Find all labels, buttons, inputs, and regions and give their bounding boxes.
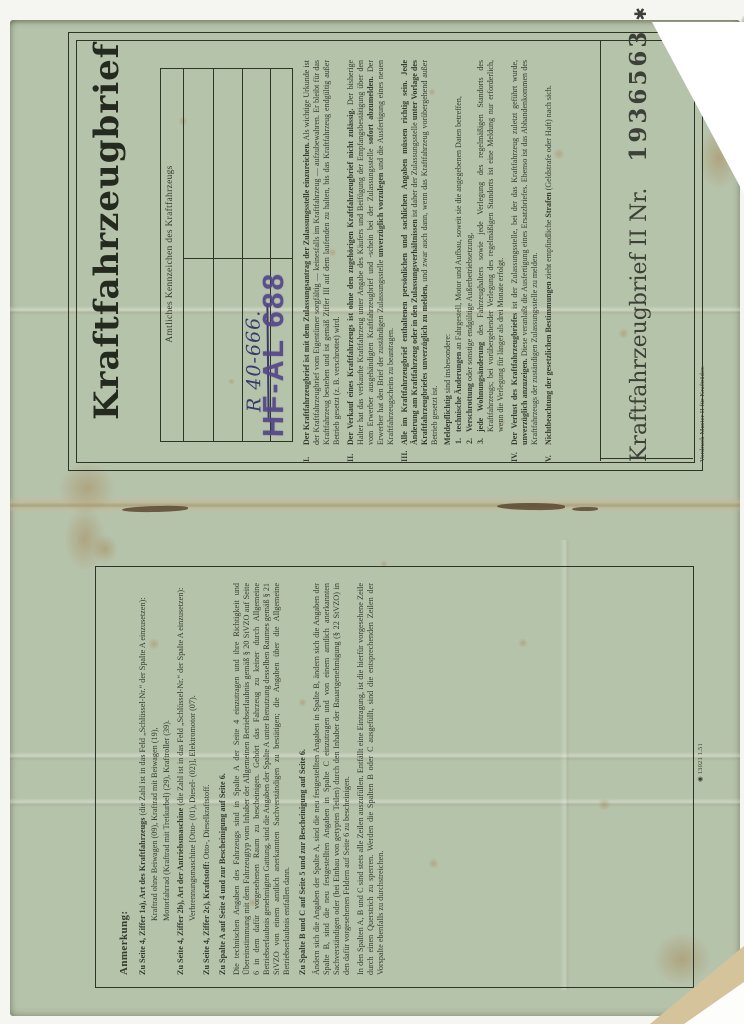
paragraph: Zu Spalte A auf Seite 4 und zur Beschein… xyxy=(218,583,228,975)
serial-number-line: Kraftfahrzeugbrief II Nr.1936563✱ xyxy=(624,92,656,462)
imprint-text: 13021 1.51 xyxy=(697,743,704,774)
paragraph: Zu Seite 4, Ziffer 1a), Art des Kraftfah… xyxy=(138,583,148,975)
paragraph: Motorfahrrad (Kraftrad mit Tretkurbel) (… xyxy=(162,583,172,975)
plate-table-label: Amtliches Kennzeichen des Kraftfahrzeugs xyxy=(164,70,176,438)
paragraph-number: 2. xyxy=(465,438,475,444)
paragraph: Zu Seite 4, Ziffer 2b), Art der Antriebs… xyxy=(176,583,186,975)
paragraph: IV.Der Verlust des Kraftfahrzeugbriefes … xyxy=(510,60,540,462)
stain xyxy=(92,534,118,564)
paragraph-number: 3. xyxy=(476,438,486,444)
fold-crease xyxy=(10,496,740,514)
paragraph: Verbrennungsmaschine [Otto- (01), Diesel… xyxy=(188,583,198,975)
document-title: Kraftfahrzeugbrief xyxy=(86,105,128,420)
paragraph: Zu Seite 4, Ziffer 2c), Kraftstoff: Otto… xyxy=(202,583,212,975)
stamped-plate-entry: HF-AL 688 xyxy=(257,256,291,453)
form-type-note: Vordruck Muster II für Krafträder. xyxy=(699,290,707,462)
paragraph-number: IV. xyxy=(510,452,520,462)
remarks-heading: Anmerkung: xyxy=(118,583,131,975)
publisher-mark-icon: ◉ xyxy=(697,776,704,782)
printer-imprint: ◉ 13021 1.51 xyxy=(697,682,705,782)
paragraph-number: III. xyxy=(400,451,410,462)
paragraph: Kraftrad ohne Beiwagen (09), Kraftrad mi… xyxy=(150,583,160,975)
scanned-document: Kraftfahrzeugbrief Amtliches Kennzeichen… xyxy=(0,0,744,1024)
paragraph: Die technischen Angaben des Fahrzeugs si… xyxy=(232,583,292,975)
paragraph-number: V. xyxy=(544,455,554,462)
table-line xyxy=(183,69,184,441)
paragraph: 2.Verschrottung oder sonstige endgültige… xyxy=(465,60,475,462)
serial-box-line xyxy=(600,40,601,461)
paragraph: Ändern sich die Angaben der Spalte A, si… xyxy=(312,583,352,975)
paragraph-number: 1. xyxy=(454,438,464,444)
serial-number: 1936563 xyxy=(625,29,652,162)
remarks-text-block: Anmerkung: Zu Seite 4, Ziffer 1a), Art d… xyxy=(118,583,386,975)
paragraph: III.Alle im Kraftfahrzeugbrief enthalten… xyxy=(400,60,440,462)
paragraph: 1.technische Änderungen an Fahrgestell, … xyxy=(454,60,464,462)
paragraph: II.Der Verkauf eines Kraftfahrzeugs ist … xyxy=(346,60,396,462)
paragraph: Meldepflichtig sind insbesondere: xyxy=(443,60,453,462)
paragraph: In den Spalten A, B und C sind stets all… xyxy=(356,583,386,975)
paragraph: 3.jede Wohnungsänderung des Fahrzeughalt… xyxy=(476,60,506,462)
instructions-text: I.Der Kraftfahrzeugbrief ist mit dem Zul… xyxy=(302,60,554,462)
tear-mark xyxy=(572,507,598,511)
paragraph-number: II. xyxy=(346,454,356,462)
paragraph: I.Der Kraftfahrzeugbrief ist mit dem Zul… xyxy=(302,60,342,462)
table-line xyxy=(213,69,214,441)
paragraph: Zu Spalte B und C auf Seite 5 und zur Be… xyxy=(298,583,308,975)
serial-label: Kraftfahrzeugbrief II Nr. xyxy=(627,188,652,462)
paragraph: V.Nichtbeachtung der gesetzlichen Bestim… xyxy=(544,60,554,462)
asterisk-mark-icon: ✱ xyxy=(631,7,650,20)
paragraph-number: I. xyxy=(302,457,312,462)
remarks-paragraphs: Zu Seite 4, Ziffer 1a), Art des Kraftfah… xyxy=(138,583,386,975)
